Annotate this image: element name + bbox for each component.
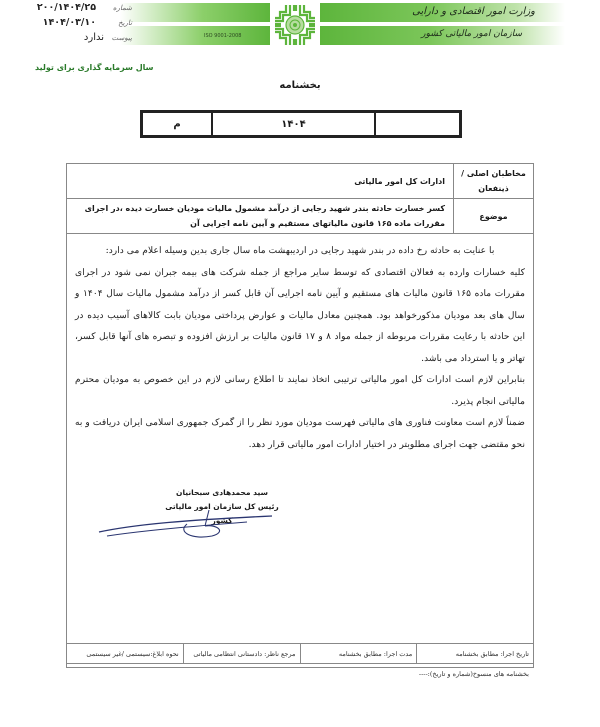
footer-execution-date: تاریخ اجرا: مطابق بخشنامه <box>416 644 533 663</box>
meta-date-row: تاریخ ۱۴۰۴/۰۳/۱۰ <box>22 17 132 32</box>
footer-supervisory-authority: مرجع ناظر: دادستانی انتظامی مالیاتی <box>183 644 300 663</box>
date-label: تاریخ <box>110 19 132 27</box>
footer-execution-period: مدت اجرا: مطابق بخشنامه <box>300 644 417 663</box>
letterhead-bar-left-bottom <box>120 26 270 45</box>
body-paragraph-3: ضمناً لازم است معاونت فناوری های مالیاتی… <box>75 412 525 455</box>
stamp-cell-year: ۱۴۰۴ <box>213 113 376 135</box>
letterhead-bar-left-top <box>120 3 270 22</box>
iso-certification: ISO 9001-2008 <box>204 33 241 39</box>
subject-row: موضوع کسر خسارت حادثه بندر شهید رجایی از… <box>67 199 533 234</box>
circular-body: با عنایت به حادثه رخ داده در بندر شهید ر… <box>75 240 525 455</box>
attachment-label: پیوست <box>110 34 132 42</box>
letter-number: ۲۰۰/۱۴۰۴/۲۵ <box>37 2 96 13</box>
circular-number-box: م ۱۴۰۴ <box>140 110 462 138</box>
year-slogan: سال سرمایه گذاری برای تولید <box>35 63 154 72</box>
body-intro: با عنایت به حادثه رخ داده در بندر شهید ر… <box>75 240 525 262</box>
stamp-cell-number <box>376 113 459 135</box>
document-title: بخشنامه <box>230 80 370 91</box>
audience-row: مخاطبان اصلی / ذینفعان ادارات کل امور ما… <box>67 164 533 199</box>
stamp-cell-suffix: م <box>143 113 213 135</box>
tax-organization-emblem-icon <box>272 2 318 48</box>
attachment-value: ندارد <box>84 32 104 43</box>
meta-number-row: شماره ۲۰۰/۱۴۰۴/۲۵ <box>22 2 132 17</box>
audience-label: مخاطبان اصلی / ذینفعان <box>453 164 533 198</box>
body-paragraph-2: بنابراین لازم است ادارات کل امور مالیاتی… <box>75 369 525 412</box>
meta-attachment-row: پیوست ندارد <box>22 32 132 47</box>
number-label: شماره <box>110 4 132 12</box>
letter-date: ۱۴۰۴/۰۳/۱۰ <box>43 17 96 28</box>
signatory-name: سید محمدهادی سبحانیان <box>162 486 282 500</box>
ministry-name: وزارت امور اقتصادی و دارایی <box>412 6 535 17</box>
organization-name: سازمان امور مالیاتی کشور <box>421 29 522 39</box>
letter-meta: شماره ۲۰۰/۱۴۰۴/۲۵ تاریخ ۱۴۰۴/۰۳/۱۰ پیوست… <box>22 2 132 47</box>
subject-label: موضوع <box>453 199 533 233</box>
body-paragraph-1: کلیه خسارات وارده به فعالان اقتصادی که ت… <box>75 262 525 370</box>
footer-notification-method: نحوه ابلاغ:سیستمی /غیر سیستمی <box>67 644 183 663</box>
footer-superseded-circulars: بخشنامه های منسوخ(شماره و تاریخ):---- <box>67 664 533 683</box>
audience-value: ادارات کل امور مالیاتی <box>67 164 453 198</box>
subject-value: کسر خسارت حادثه بندر شهید رجایی از درآمد… <box>67 199 453 233</box>
circular-body-table: مخاطبان اصلی / ذینفعان ادارات کل امور ما… <box>66 163 534 668</box>
handwritten-signature-icon <box>97 502 277 542</box>
footer-info-row: تاریخ اجرا: مطابق بخشنامه مدت اجرا: مطاب… <box>67 643 533 664</box>
